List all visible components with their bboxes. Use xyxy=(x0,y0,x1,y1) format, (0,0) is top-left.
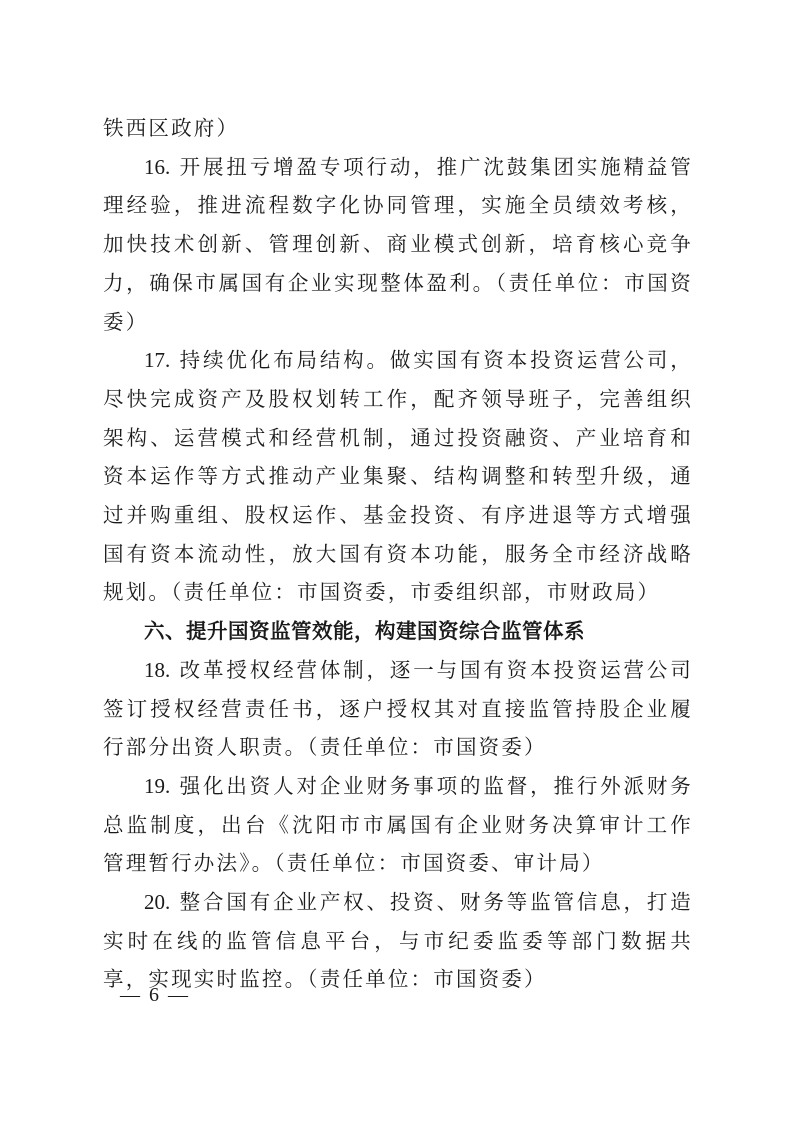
paragraph-continuation: 铁西区政府） xyxy=(103,109,693,148)
page-number: — 6 — xyxy=(120,984,190,1007)
section-heading: 六、提升国资监管效能，构建国资综合监管体系 xyxy=(103,612,693,651)
paragraph-text: 改革授权经营体制，逐一与国有资本投资运营公司签订授权经营责任书，逐户授权其对直接… xyxy=(103,658,693,759)
paragraph-text: 持续优化布局结构。做实国有资本投资运营公司，尽快完成资产及股权划转工作，配齐领导… xyxy=(103,348,693,604)
item-number: 17. xyxy=(144,348,170,372)
paragraph-item-16: 16. 开展扭亏增盈专项行动，推广沈鼓集团实施精益管理经验，推进流程数字化协同管… xyxy=(103,148,693,342)
item-number: 19. xyxy=(144,774,170,798)
paragraph-item-18: 18. 改革授权经营体制，逐一与国有资本投资运营公司签订授权经营责任书，逐户授权… xyxy=(103,651,693,767)
paragraph-item-20: 20. 整合国有企业产权、投资、财务等监管信息，打造实时在线的监管信息平台，与市… xyxy=(103,883,693,999)
item-number: 18. xyxy=(144,658,170,682)
item-number: 16. xyxy=(144,155,170,179)
item-number: 20. xyxy=(144,890,170,914)
document-body: 铁西区政府） 16. 开展扭亏增盈专项行动，推广沈鼓集团实施精益管理经验，推进流… xyxy=(103,109,693,999)
paragraph-text: 铁西区政府） xyxy=(103,116,239,140)
paragraph-text: 整合国有企业产权、投资、财务等监管信息，打造实时在线的监管信息平台，与市纪委监委… xyxy=(103,890,693,991)
document-page: 铁西区政府） 16. 开展扭亏增盈专项行动，推广沈鼓集团实施精益管理经验，推进流… xyxy=(0,0,793,1122)
paragraph-item-17: 17. 持续优化布局结构。做实国有资本投资运营公司，尽快完成资产及股权划转工作，… xyxy=(103,341,693,612)
paragraph-item-19: 19. 强化出资人对企业财务事项的监督，推行外派财务总监制度，出台《沈阳市市属国… xyxy=(103,767,693,883)
paragraph-text: 强化出资人对企业财务事项的监督，推行外派财务总监制度，出台《沈阳市市属国有企业财… xyxy=(103,774,693,875)
paragraph-text: 开展扭亏增盈专项行动，推广沈鼓集团实施精益管理经验，推进流程数字化协同管理，实施… xyxy=(103,155,693,334)
